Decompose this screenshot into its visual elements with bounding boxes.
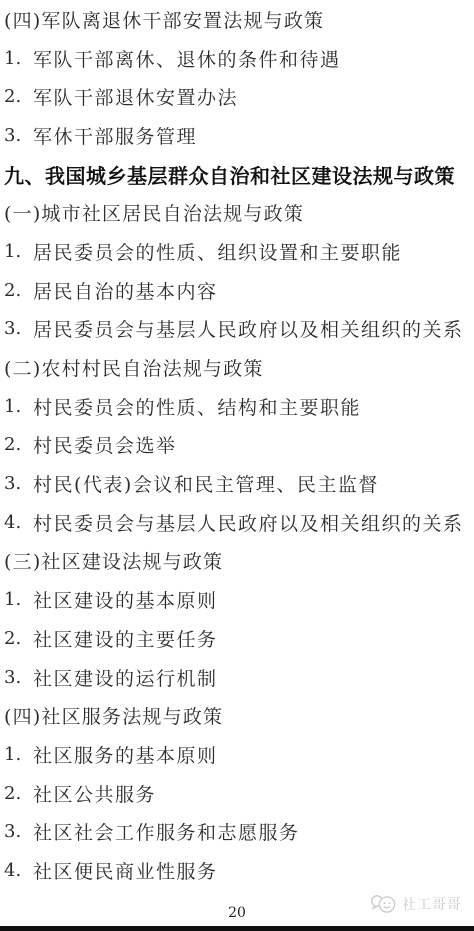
watermark: 社工哥哥	[370, 893, 462, 914]
line-text: 村民(代表)会议和民主管理、民主监督	[33, 470, 379, 497]
item-number: 3.	[4, 125, 33, 146]
line-text: 居民自治的基本内容	[33, 277, 218, 304]
line-text: 社区建设的运行机制	[33, 664, 218, 691]
toc-item: 2.社区公共服务	[4, 774, 472, 813]
line-text: (二)农村村民自治法规与政策	[4, 354, 264, 381]
item-number: 1.	[4, 744, 33, 765]
item-number: 4.	[4, 512, 33, 533]
toc-item: 1.居民委员会的性质、组织设置和主要职能	[4, 232, 472, 271]
item-number: 1.	[4, 241, 33, 262]
line-text: 九、我国城乡基层群众自治和社区建设法规与政策	[4, 160, 455, 189]
item-number: 1.	[4, 48, 33, 69]
line-text: 村民委员会与基层人民政府以及相关组织的关系	[33, 509, 464, 536]
item-number: 4.	[4, 860, 33, 881]
toc-item: 2.村民委员会选举	[4, 426, 472, 465]
line-text: 居民委员会的性质、组织设置和主要职能	[33, 238, 402, 265]
line-text: 军队干部退休安置办法	[33, 83, 238, 110]
line-text: 社区建设的主要任务	[33, 625, 218, 652]
line-text: 村民委员会选举	[33, 431, 177, 458]
item-number: 1.	[4, 589, 33, 610]
toc-item: 3.居民委员会与基层人民政府以及相关组织的关系	[4, 310, 472, 349]
toc-item: 3.社区建设的运行机制	[4, 658, 472, 697]
item-number: 3.	[4, 821, 33, 842]
line-text: (四)社区服务法规与政策	[4, 702, 223, 729]
chat-face-icon	[370, 893, 397, 914]
item-number: 3.	[4, 318, 33, 339]
item-number: 2.	[4, 280, 33, 301]
line-text: 社区社会工作服务和志愿服务	[33, 818, 300, 845]
toc-item: 1.村民委员会的性质、结构和主要职能	[4, 387, 472, 426]
item-number: 1.	[4, 396, 33, 417]
toc-item: 3.军休干部服务管理	[4, 116, 472, 155]
line-text: 军休干部服务管理	[33, 122, 197, 149]
line-text: 社区便民商业性服务	[33, 857, 218, 884]
subsection-title: (二)农村村民自治法规与政策	[4, 348, 472, 387]
line-text: (四)军队离退休干部安置法规与政策	[4, 6, 324, 33]
line-text: (三)社区建设法规与政策	[4, 547, 223, 574]
subsection-title: (一)城市社区居民自治法规与政策	[4, 193, 472, 232]
line-text: 村民委员会的性质、结构和主要职能	[33, 393, 361, 420]
item-number: 2.	[4, 86, 33, 107]
item-number: 3.	[4, 473, 33, 494]
item-number: 3.	[4, 667, 33, 688]
toc-list: (四)军队离退休干部安置法规与政策1.军队干部离休、退休的条件和待遇2.军队干部…	[0, 0, 474, 890]
toc-item: 1.社区建设的基本原则	[4, 580, 472, 619]
toc-item: 3.社区社会工作服务和志愿服务	[4, 812, 472, 851]
subsection-title: (四)社区服务法规与政策	[4, 696, 472, 735]
toc-item: 4.社区便民商业性服务	[4, 851, 472, 890]
item-number: 2.	[4, 783, 33, 804]
toc-item: 4.村民委员会与基层人民政府以及相关组织的关系	[4, 503, 472, 542]
item-number: 2.	[4, 434, 33, 455]
document-page: (四)军队离退休干部安置法规与政策1.军队干部离休、退休的条件和待遇2.军队干部…	[0, 0, 474, 931]
watermark-text: 社工哥哥	[402, 894, 462, 914]
item-number: 2.	[4, 628, 33, 649]
line-text: 社区建设的基本原则	[33, 586, 218, 613]
toc-item: 3.村民(代表)会议和民主管理、民主监督	[4, 464, 472, 503]
line-text: 社区公共服务	[33, 780, 156, 807]
line-text: 军队干部离休、退休的条件和待遇	[33, 45, 341, 72]
toc-item: 2.社区建设的主要任务	[4, 619, 472, 658]
line-text: 社区服务的基本原则	[33, 741, 218, 768]
toc-item: 1.军队干部离休、退休的条件和待遇	[4, 39, 472, 78]
section-heading: 九、我国城乡基层群众自治和社区建设法规与政策	[4, 155, 472, 194]
line-text: (一)城市社区居民自治法规与政策	[4, 199, 304, 226]
bottom-bar	[0, 926, 474, 931]
toc-item: 1.社区服务的基本原则	[4, 735, 472, 774]
toc-item: 2.军队干部退休安置办法	[4, 77, 472, 116]
line-text: 居民委员会与基层人民政府以及相关组织的关系	[33, 315, 464, 342]
subsection-title: (三)社区建设法规与政策	[4, 542, 472, 581]
toc-item: 2.居民自治的基本内容	[4, 271, 472, 310]
subsection-title: (四)军队离退休干部安置法规与政策	[4, 0, 472, 39]
